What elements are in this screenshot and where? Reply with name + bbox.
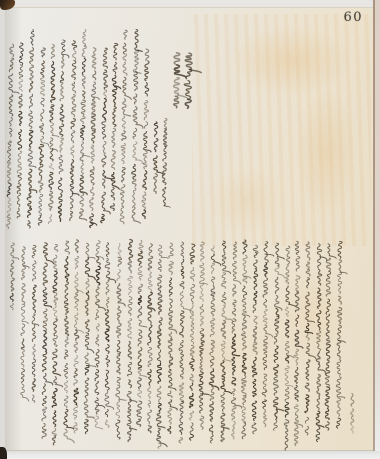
folio-number: 60 [343,10,363,25]
binding-corner-mark-bottom [0,447,7,459]
ink-bleed-through-upper-right [192,14,371,246]
scan-edge-top [0,0,380,7]
ink-bleed-through-lower [16,244,365,446]
letter-page [5,7,373,451]
next-page-edge [0,451,380,459]
manuscript-scan: 60 [0,0,380,459]
scan-edge-right [373,0,380,459]
